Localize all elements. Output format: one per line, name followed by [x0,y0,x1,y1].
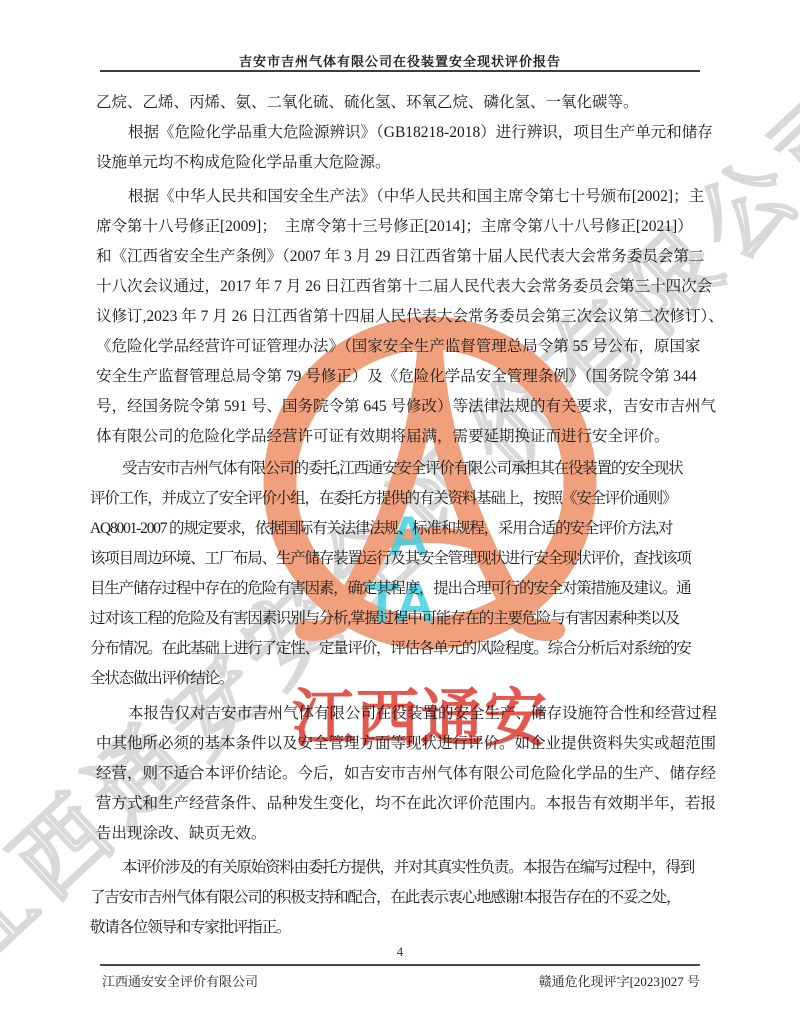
body-text-line: 本报告仅对吉安市吉州气体有限公司在役装置的安全生产、储存设施符合性和经营过程 [96,699,712,729]
body-text-line: 告出现涂改、缺页无效。 [96,819,712,849]
body-text-line: 体有限公司的危险化学品经营许可证有效期将届满，需要延期换证而进行安全评价。 [96,422,712,452]
body-text-line: 议修订,2023 年 7 月 26 日江西省第十四届人民代表大会常务委员会第三次… [96,302,712,332]
body-text-line: 十八次会议通过，2017 年 7 月 26 日江西省第十二届人民代表大会常务委员… [96,272,712,302]
body-text-line: 安全生产监督管理总局令第 79 号修正）及《危险化学品安全管理条例》（国务院令第… [96,362,712,392]
body-text-line: 根据《危险化学品重大危险源辨识》（GB18218-2018）进行辨识，项目生产单… [96,118,712,148]
header-rule [100,70,700,72]
body-text-line: 分布情况。在此基础上进行了定性、定量评价，评估各单元的风险程度。综合分析后对系统… [90,634,712,664]
body-text-line: 了吉安市吉州气体有限公司的积极支持和配合，在此表示衷心地感谢!本报告存在的不妥之… [90,883,712,913]
body-text-line: AQ8001-2007 的规定要求，依据国际有关法律法规、标准和规程，采用合适的… [90,514,712,544]
body-text-line: 敬请各位领导和专家批评指正。 [90,913,712,943]
body-text-line: 席令第十八号修正[2009]； 主席令第十三号修正[2014]；主席令第八十八号… [96,212,712,242]
body-text-line: 该项目周边环境、工厂布局、生产储存装置运行及其安全管理现状进行安全现状评价，查找… [90,544,712,574]
body-text-line: 本评价涉及的有关原始资料由委托方提供，并对其真实性负责。本报告在编写过程中，得到 [90,853,712,883]
body-text-line: 《危险化学品经营许可证管理办法》（国家安全生产监督管理总局令第 55 号公布，原… [96,332,712,362]
page-number: 4 [100,944,700,960]
footer-company-name: 江西通安安全评价有限公司 [102,971,258,990]
footer-rule [100,964,700,966]
body-text-line: 乙烷、乙烯、丙烯、氨、二氧化硫、硫化氢、环氧乙烷、磷化氢、一氧化碳等。 [96,88,712,118]
body-text-line: 和《江西省安全生产条例》（2007 年 3 月 29 日江西省第十届人民代表大会… [96,242,712,272]
body-text-line: 受吉安市吉州气体有限公司的委托,江西通安安全评价有限公司承担其在役装置的安全现状 [90,454,712,484]
body-text-line: 营方式和生产经营条件、品种发生变化，均不在此次评价范围内。本报告有效期半年，若报 [96,789,712,819]
body-text-line: 评价工作，并成立了安全评价小组，在委托方提供的有关资料基础上，按照《安全评价通则… [90,484,712,514]
body-text-line: 号，经国务院令第 591 号、国务院令第 645 号修改）等法律法规的有关要求，… [96,392,712,422]
page-header-title: 吉安市吉州气体有限公司在役装置安全现状评价报告 [100,51,700,70]
body-text-line: 中其他所必须的基本条件以及安全管理方面等现状进行评价。如企业提供资料失实或超范围 [96,729,712,759]
body-text-line: 设施单元均不构成危险化学品重大危险源。 [96,148,712,178]
report-page: 江西通安安全评价有限公司 A TA 江西通安 吉安市吉州气体有限公司在役装置安全… [0,0,800,1035]
body-text-line: 过对该工程的危险及有害因素识别与分析,掌握过程中可能存在的主要危险与有害因素种类… [90,604,712,634]
footer-document-number: 赣通危化现评字[2023]027 号 [539,971,700,990]
body-text-line: 经营，则不适合本评价结论。今后，如吉安市吉州气体有限公司危险化学品的生产、储存经 [96,759,712,789]
body-text-line: 根据《中华人民共和国安全生产法》（中华人民共和国主席令第七十号颁布[2002]；… [96,182,712,212]
body-text-line: 全状态做出评价结论。 [90,664,712,694]
body-text-line: 目生产储存过程中存在的危险有害因素，确定其程度，提出合理可行的安全对策措施及建议… [90,574,712,604]
report-body-text: 乙烷、乙烯、丙烯、氨、二氧化硫、硫化氢、环氧乙烷、磷化氢、一氧化碳等。根据《危险… [96,88,712,943]
